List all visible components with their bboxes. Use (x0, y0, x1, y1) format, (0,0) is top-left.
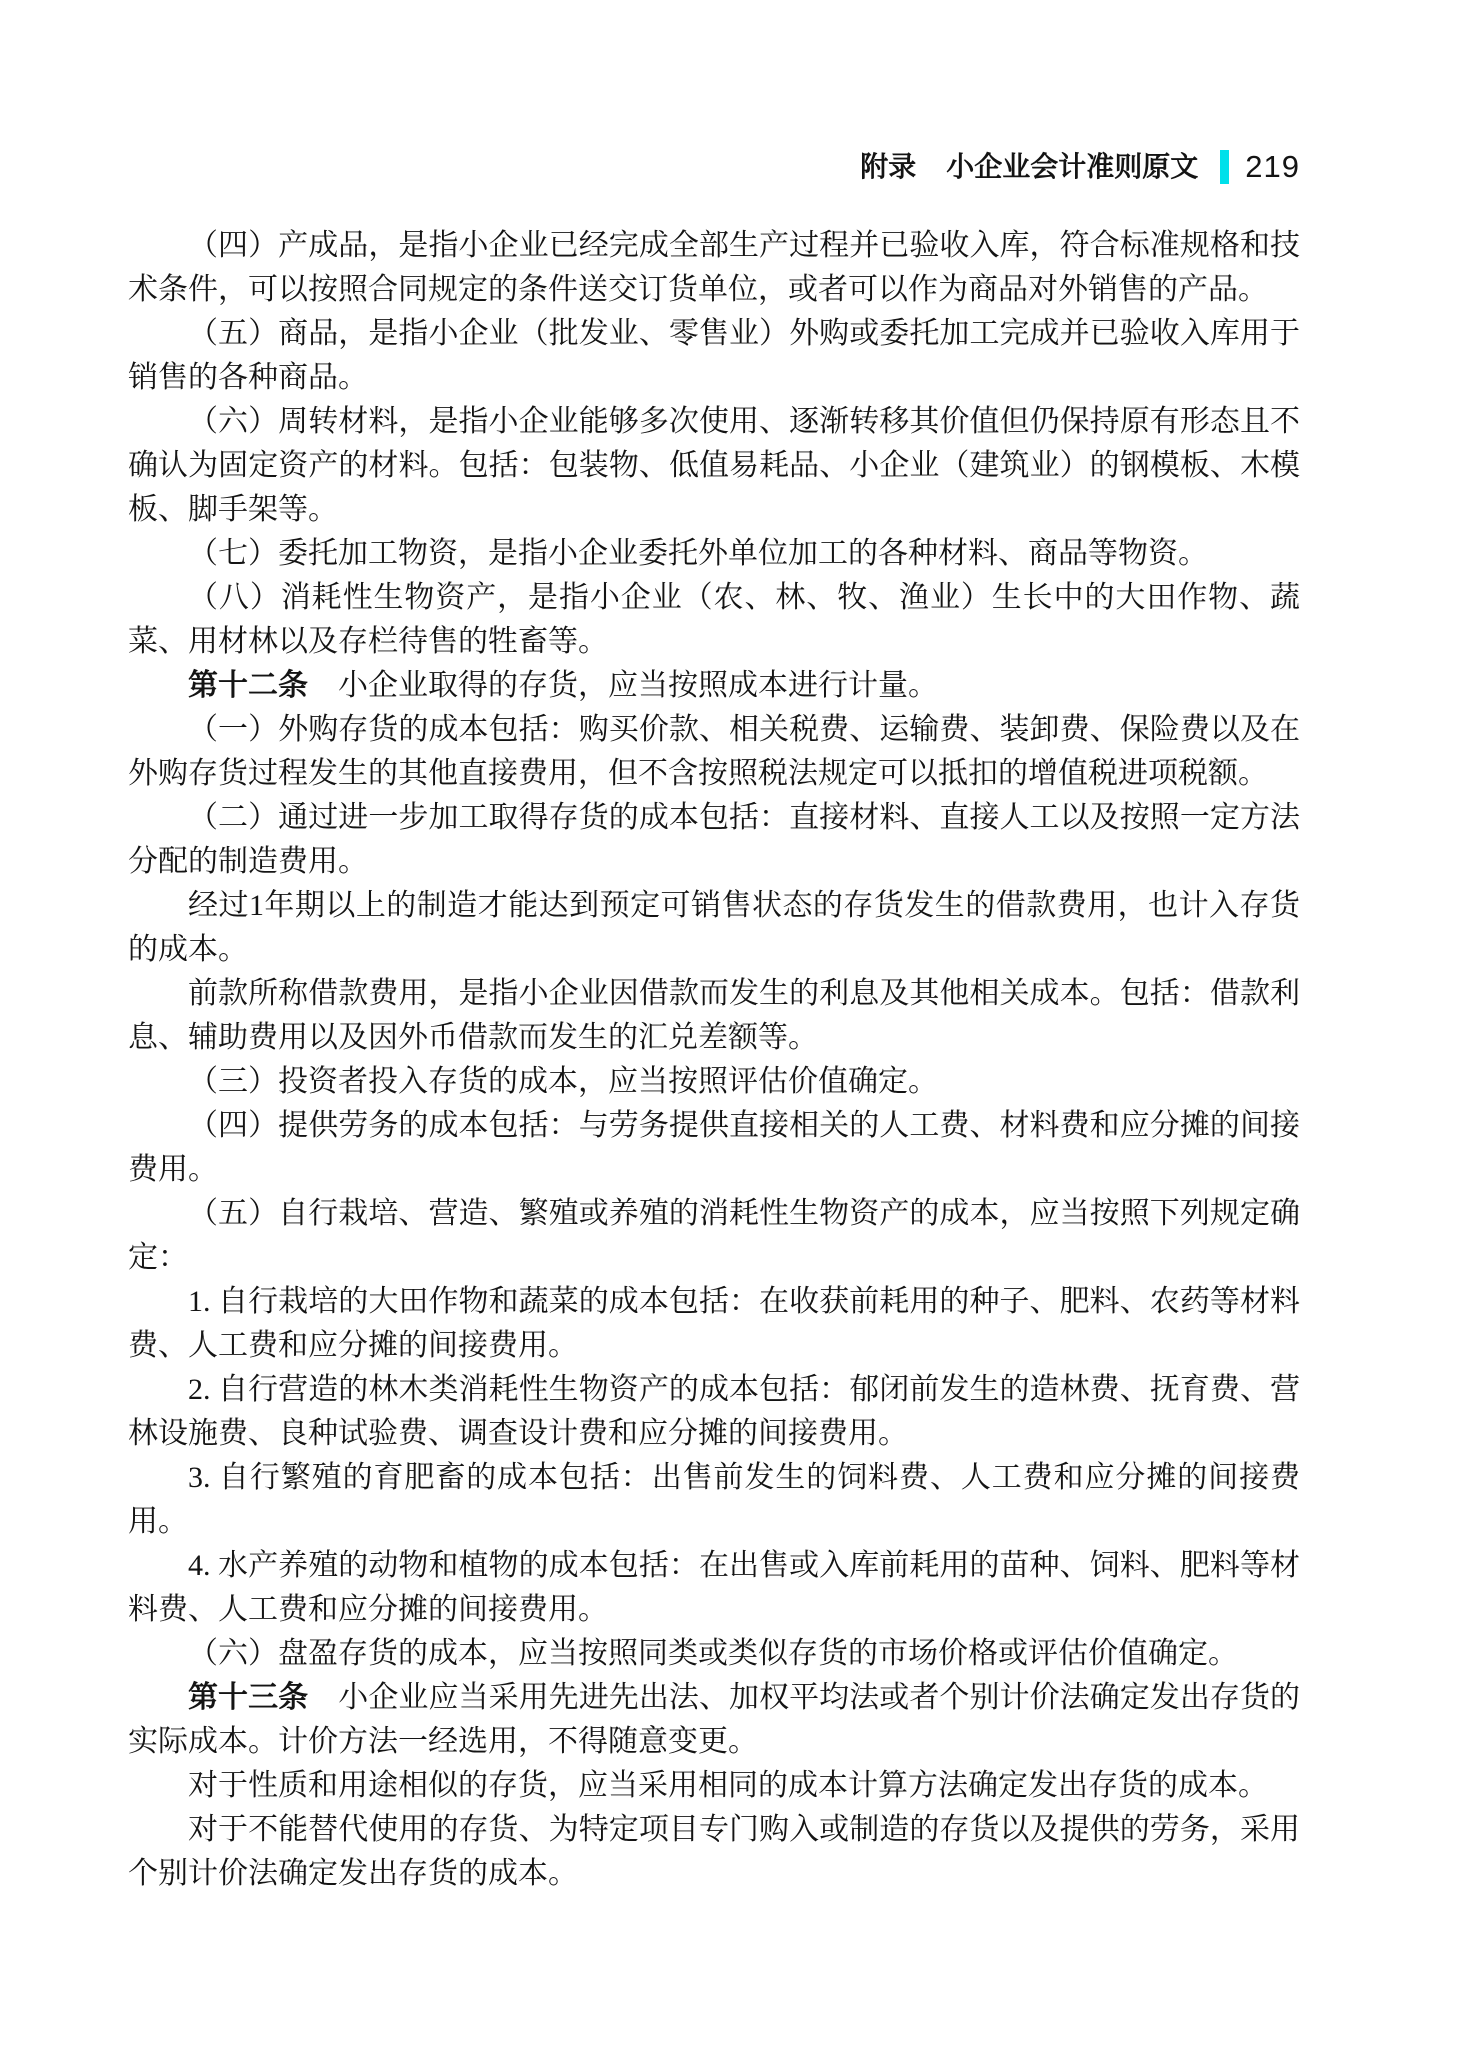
running-head: 附录 小企业会计准则原文 219 (860, 148, 1300, 186)
paragraph: （四）产成品，是指小企业已经完成全部生产过程并已验收入库，符合标准规格和技术条件… (128, 224, 1300, 312)
document-body: （四）产成品，是指小企业已经完成全部生产过程并已验收入库，符合标准规格和技术条件… (128, 224, 1300, 1896)
book-page: 附录 小企业会计准则原文 219 （四）产成品，是指小企业已经完成全部生产过程并… (0, 0, 1457, 2048)
paragraph: （二）通过进一步加工取得存货的成本包括：直接材料、直接人工以及按照一定方法分配的… (128, 796, 1300, 884)
paragraph: （四）提供劳务的成本包括：与劳务提供直接相关的人工费、材料费和应分摊的间接费用。 (128, 1104, 1300, 1192)
article-number: 第十二条 (188, 669, 308, 702)
article-paragraph: 第十二条 小企业取得的存货，应当按照成本进行计量。 (128, 664, 1300, 708)
paragraph: （三）投资者投入存货的成本，应当按照评估价值确定。 (128, 1060, 1300, 1104)
running-head-title: 小企业会计准则原文 (946, 148, 1198, 186)
paragraph: （一）外购存货的成本包括：购买价款、相关税费、运输费、装卸费、保险费以及在外购存… (128, 708, 1300, 796)
running-head-section: 附录 (860, 148, 916, 186)
paragraph: 对于性质和用途相似的存货，应当采用相同的成本计算方法确定发出存货的成本。 (128, 1764, 1300, 1808)
paragraph: 经过1年期以上的制造才能达到预定可销售状态的存货发生的借款费用，也计入存货的成本… (128, 884, 1300, 972)
paragraph: 3. 自行繁殖的育肥畜的成本包括：出售前发生的饲料费、人工费和应分摊的间接费用。 (128, 1456, 1300, 1544)
paragraph: 1. 自行栽培的大田作物和蔬菜的成本包括：在收获前耗用的种子、肥料、农药等材料费… (128, 1280, 1300, 1368)
page-number-accent-bar (1220, 150, 1229, 184)
paragraph: 对于不能替代使用的存货、为特定项目专门购入或制造的存货以及提供的劳务，采用个别计… (128, 1808, 1300, 1896)
paragraph: （七）委托加工物资，是指小企业委托外单位加工的各种材料、商品等物资。 (128, 532, 1300, 576)
page-number: 219 (1245, 148, 1300, 186)
paragraph: （六）周转材料，是指小企业能够多次使用、逐渐转移其价值但仍保持原有形态且不确认为… (128, 400, 1300, 532)
paragraph: （五）自行栽培、营造、繁殖或养殖的消耗性生物资产的成本，应当按照下列规定确定： (128, 1192, 1300, 1280)
paragraph: 2. 自行营造的林木类消耗性生物资产的成本包括：郁闭前发生的造林费、抚育费、营林… (128, 1368, 1300, 1456)
paragraph: 4. 水产养殖的动物和植物的成本包括：在出售或入库前耗用的苗种、饲料、肥料等材料… (128, 1544, 1300, 1632)
article-number: 第十三条 (188, 1681, 308, 1714)
paragraph: （八）消耗性生物资产，是指小企业（农、林、牧、渔业）生长中的大田作物、蔬菜、用材… (128, 576, 1300, 664)
paragraph: （五）商品，是指小企业（批发业、零售业）外购或委托加工完成并已验收入库用于销售的… (128, 312, 1300, 400)
paragraph: 前款所称借款费用，是指小企业因借款而发生的利息及其他相关成本。包括：借款利息、辅… (128, 972, 1300, 1060)
paragraph: （六）盘盈存货的成本，应当按照同类或类似存货的市场价格或评估价值确定。 (128, 1632, 1300, 1676)
article-paragraph: 第十三条 小企业应当采用先进先出法、加权平均法或者个别计价法确定发出存货的实际成… (128, 1676, 1300, 1764)
